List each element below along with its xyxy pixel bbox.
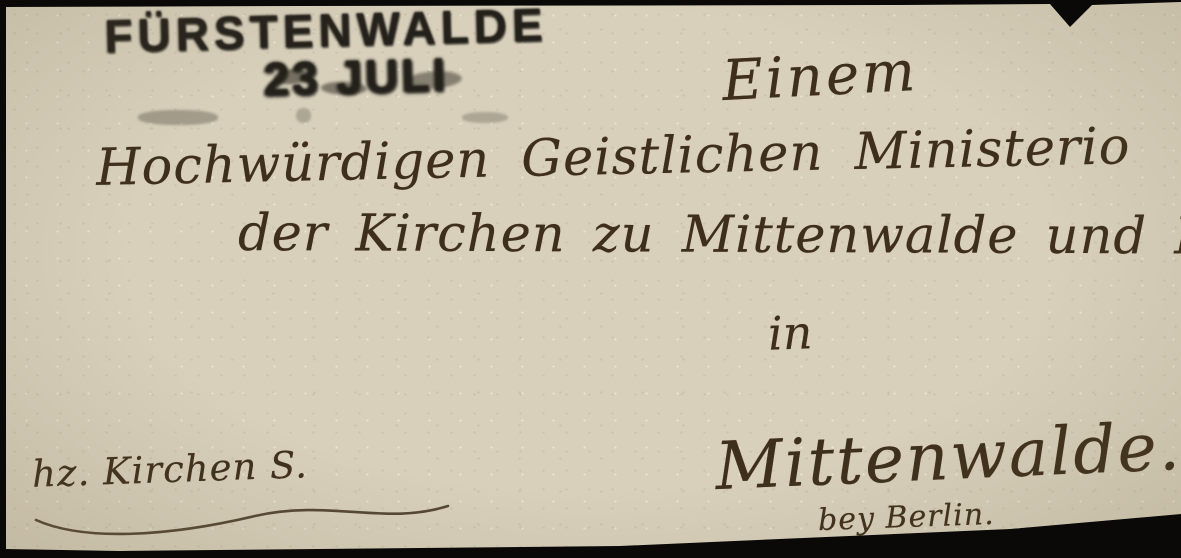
ink-smudge (462, 112, 508, 123)
ink-smudge (138, 110, 218, 125)
address-recipient-line2: der Kirchen zu Mittenwalde und Ragow (238, 204, 1181, 267)
scanner-background: FÜRSTENWALDE 23 JULI Einem Hochwürdigen … (0, 0, 1181, 558)
address-destination: Mittenwalde. (714, 408, 1181, 505)
address-recipient-line1: Hochwürdigen Geistlichen Ministerio (95, 117, 1130, 198)
address-salutation: Einem (720, 39, 919, 114)
address-destination-note: bey Berlin. (817, 497, 995, 538)
address-preposition: in (767, 305, 813, 361)
letter-paper: FÜRSTENWALDE 23 JULI Einem Hochwürdigen … (0, 0, 1181, 558)
ink-smudge (296, 108, 311, 123)
franchise-notation: hz. Kirchen S. (31, 443, 308, 496)
pen-flourish (30, 492, 460, 548)
postmark-stamp: FÜRSTENWALDE 23 JULI (104, 0, 566, 106)
